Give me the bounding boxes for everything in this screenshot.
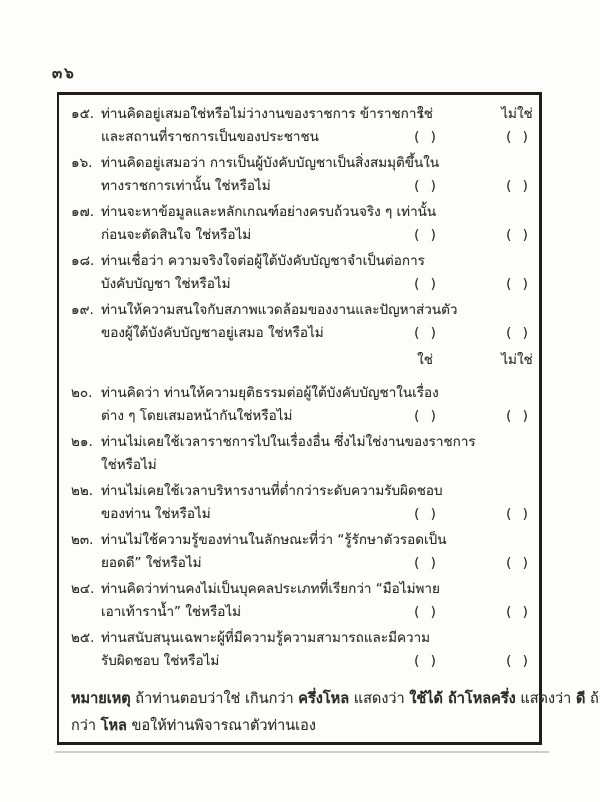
question-text-line1: ท่านเชื่อว่า ความจริงใจต่อผู้ใต้บังคับบั…	[101, 253, 425, 269]
footnote-segment: โหล	[101, 718, 127, 734]
question-line: ๑๖.ท่านคิดอยู่เสมอว่า การเป็นผู้บังคับบั…	[71, 152, 539, 175]
question-number: ๒๓.	[71, 529, 101, 552]
question-text-line2: ก่อนจะตัดสินใจ ใช่หรือไม่	[101, 227, 251, 243]
footnote-line2: กว่า โหล ขอให้ท่านพิจารณาตัวท่านเอง	[71, 713, 531, 740]
question-line: ของผู้ใต้บังคับบัญชาอยู่เสมอ ใช่หรือไม่ …	[71, 322, 539, 345]
question-text-line2: ยอดดี” ใช่หรือไม่	[101, 555, 202, 571]
yes-answer-slot[interactable]: ( )	[399, 650, 451, 673]
question-line: ๑๘.ท่านเชื่อว่า ความจริงใจต่อผู้ใต้บังคั…	[71, 250, 539, 273]
question-line: ทางราชการเท่านั้น ใช่หรือไม่ ( ) ( )	[71, 175, 539, 198]
yes-answer-slot[interactable]: ( )	[399, 126, 451, 149]
question-line: ๒๕.ท่านสนับสนุนเฉพาะผู้ที่มีความรู้ความส…	[71, 627, 539, 650]
question-number: ๒๐.	[71, 382, 101, 405]
footnote-segment: หมายเหตุ	[71, 691, 131, 707]
question-text-line1: ท่านคิดว่า ท่านให้ความยุติธรรมต่อผู้ใต้บ…	[101, 385, 439, 401]
question-text-line1: ท่านจะหาข้อมูลและหลักเกณฑ์อย่างครบถ้วนจร…	[101, 204, 436, 220]
question-line: ๑๗.ท่านจะหาข้อมูลและหลักเกณฑ์อย่างครบถ้ว…	[71, 201, 539, 224]
yes-answer-slot[interactable]: ( )	[399, 503, 451, 526]
no-answer-slot[interactable]: ( )	[491, 175, 543, 198]
page-number: ๓๖	[52, 61, 76, 85]
question-text-line1: ท่านคิดอยู่เสมอว่า การเป็นผู้บังคับบัญชา…	[101, 155, 439, 171]
footnote-line1: หมายเหตุ ถ้าท่านตอบว่าใช่ เกินกว่า ครึ่ง…	[71, 686, 531, 713]
question-text-line1: ท่านไม่เคยใช้เวลาราชการไปในเรื่องอื่น ซึ…	[101, 434, 476, 450]
question-text-line2: ต่าง ๆ โดยเสมอหน้ากันใช่หรือไม่	[101, 408, 292, 424]
yes-answer-slot[interactable]: ( )	[399, 405, 451, 428]
question-number: ๒๑.	[71, 431, 101, 454]
no-column-header: ไม่ใช่	[491, 349, 543, 372]
question-text-line2: และสถานที่ราชการเป็นของประชาชน	[101, 129, 319, 145]
question-item-20: ๒๐.ท่านคิดว่า ท่านให้ความยุติธรรมต่อผู้ใ…	[71, 382, 539, 428]
no-answer-slot[interactable]: ( )	[491, 552, 543, 575]
footnote-segment: ครึ่งโหล	[298, 691, 349, 707]
scanned-questionnaire-page: { "page_number": "๓๖", "columns": { "yes…	[0, 0, 600, 802]
yes-answer-slot[interactable]: ( )	[399, 322, 451, 345]
question-item-22: ๒๒.ท่านไม่เคยใช้เวลาบริหารงานที่ต่ำกว่าร…	[71, 480, 539, 526]
question-line: และสถานที่ราชการเป็นของประชาชน ( ) ( )	[71, 126, 539, 149]
question-line: ๑๙.ท่านให้ความสนใจกับสภาพแวดล้อมของงานแล…	[71, 299, 539, 322]
no-answer-slot[interactable]: ( )	[491, 601, 543, 624]
question-item-23: ๒๓.ท่านไม่ใช้ความรู้ของท่านในลักษณะที่ว่…	[71, 529, 539, 575]
question-text-line2: ของผู้ใต้บังคับบัญชาอยู่เสมอ ใช่หรือไม่	[101, 325, 324, 341]
question-line: ๒๑.ท่านไม่เคยใช้เวลาราชการไปในเรื่องอื่น…	[71, 431, 539, 454]
footnote-segment: ขอให้ท่านพิจารณาตัวท่านเอง	[127, 718, 316, 734]
yes-answer-slot[interactable]: ( )	[399, 552, 451, 575]
question-line: รับผิดชอบ ใช่หรือไม่ ( ) ( )	[71, 650, 539, 673]
question-number: ๑๖.	[71, 152, 101, 175]
footnote-segment: แสดงว่า	[349, 691, 409, 707]
footnote-segment: ถ้าต่ำ	[585, 691, 600, 707]
yes-answer-slot[interactable]: ( )	[399, 224, 451, 247]
footnote-segment: ดี	[576, 691, 585, 707]
footnote-segment: ถ้าโหลครึ่ง	[443, 691, 516, 707]
no-answer-slot[interactable]: ( )	[491, 322, 543, 345]
question-line: ต่าง ๆ โดยเสมอหน้ากันใช่หรือไม่ ( ) ( )	[71, 405, 539, 428]
question-number: ๒๔.	[71, 578, 101, 601]
footnote-segment: กว่า	[71, 718, 101, 734]
question-item-16: ๑๖.ท่านคิดอยู่เสมอว่า การเป็นผู้บังคับบั…	[71, 152, 539, 198]
question-line: ๑๕.ท่านคิดอยู่เสมอใช่หรือไม่ว่างานของราช…	[71, 103, 539, 126]
yes-answer-slot[interactable]: ( )	[399, 175, 451, 198]
question-text-line1: ท่านคิดว่าท่านคงไม่เป็นบุคคลประเภทที่เรี…	[101, 581, 440, 597]
footnote-segment: ถ้าท่านตอบว่าใช่ เกินกว่า	[131, 691, 299, 707]
scan-shadow-line	[55, 751, 549, 753]
no-column-header: ไม่ใช่	[491, 103, 543, 126]
question-text-line2: ของท่าน ใช่หรือไม่	[101, 506, 211, 522]
no-answer-slot[interactable]: ( )	[491, 503, 543, 526]
question-line: เอาเท้าราน้ำ” ใช่หรือไม่ ( ) ( )	[71, 601, 539, 624]
question-item-15: ๑๕.ท่านคิดอยู่เสมอใช่หรือไม่ว่างานของราช…	[71, 103, 539, 149]
questionnaire-content: ๑๕.ท่านคิดอยู่เสมอใช่หรือไม่ว่างานของราช…	[59, 95, 539, 740]
question-number: ๑๕.	[71, 103, 101, 126]
question-number: ๒๒.	[71, 480, 101, 503]
question-item-25: ๒๕.ท่านสนับสนุนเฉพาะผู้ที่มีความรู้ความส…	[71, 627, 539, 673]
question-text-line1: ท่านไม่เคยใช้เวลาบริหารงานที่ต่ำกว่าระดั…	[101, 483, 443, 499]
no-answer-slot[interactable]: ( )	[491, 405, 543, 428]
question-number: ๑๗.	[71, 201, 101, 224]
question-item-21: ๒๑.ท่านไม่เคยใช้เวลาราชการไปในเรื่องอื่น…	[71, 431, 539, 477]
yes-column-header: ใช่	[399, 103, 451, 126]
questionnaire-box: ๑๕.ท่านคิดอยู่เสมอใช่หรือไม่ว่างานของราช…	[57, 92, 542, 745]
question-number: ๑๙.	[71, 299, 101, 322]
footnote-segment: ใช้ได้	[409, 691, 443, 707]
question-item-24: ๒๔.ท่านคิดว่าท่านคงไม่เป็นบุคคลประเภทที่…	[71, 578, 539, 624]
question-text-line1: ท่านให้ความสนใจกับสภาพแวดล้อมของงานและปั…	[101, 302, 457, 318]
question-text-line2: บังคับบัญชา ใช่หรือไม่	[101, 276, 231, 292]
no-answer-slot[interactable]: ( )	[491, 224, 543, 247]
question-item-19: ๑๙.ท่านให้ความสนใจกับสภาพแวดล้อมของงานแล…	[71, 299, 539, 345]
no-answer-slot[interactable]: ( )	[491, 273, 543, 296]
question-text-line1: ท่านสนับสนุนเฉพาะผู้ที่มีความรู้ความสามา…	[101, 630, 430, 646]
question-line: บังคับบัญชา ใช่หรือไม่ ( ) ( )	[71, 273, 539, 296]
yes-column-header: ใช่	[399, 349, 451, 372]
question-line: ใช่หรือไม่	[71, 454, 539, 477]
yes-answer-slot[interactable]: ( )	[399, 273, 451, 296]
question-text-line2: ทางราชการเท่านั้น ใช่หรือไม่	[101, 178, 271, 194]
question-line: ของท่าน ใช่หรือไม่ ( ) ( )	[71, 503, 539, 526]
footnote: หมายเหตุ ถ้าท่านตอบว่าใช่ เกินกว่า ครึ่ง…	[71, 686, 539, 740]
question-item-17: ๑๗.ท่านจะหาข้อมูลและหลักเกณฑ์อย่างครบถ้ว…	[71, 201, 539, 247]
yes-answer-slot[interactable]: ( )	[399, 601, 451, 624]
question-line: ๒๒.ท่านไม่เคยใช้เวลาบริหารงานที่ต่ำกว่าร…	[71, 480, 539, 503]
question-text-line2: ใช่หรือไม่	[101, 457, 157, 473]
question-text-line1: ท่านคิดอยู่เสมอใช่หรือไม่ว่างานของราชการ…	[101, 106, 424, 122]
footnote-segment: แสดงว่า	[516, 691, 576, 707]
question-text-line2: รับผิดชอบ ใช่หรือไม่	[101, 653, 219, 669]
question-text-line2: เอาเท้าราน้ำ” ใช่หรือไม่	[101, 604, 241, 620]
question-line: ก่อนจะตัดสินใจ ใช่หรือไม่ ( ) ( )	[71, 224, 539, 247]
yes-no-header-repeat: ใช่ ไม่ใช่	[71, 349, 539, 372]
question-line: ๒๐.ท่านคิดว่า ท่านให้ความยุติธรรมต่อผู้ใ…	[71, 382, 539, 405]
no-answer-slot[interactable]: ( )	[491, 650, 543, 673]
question-line: ๒๔.ท่านคิดว่าท่านคงไม่เป็นบุคคลประเภทที่…	[71, 578, 539, 601]
question-line: ๒๓.ท่านไม่ใช้ความรู้ของท่านในลักษณะที่ว่…	[71, 529, 539, 552]
no-answer-slot[interactable]: ( )	[491, 126, 543, 149]
question-text-line1: ท่านไม่ใช้ความรู้ของท่านในลักษณะที่ว่า “…	[101, 532, 446, 548]
question-item-18: ๑๘.ท่านเชื่อว่า ความจริงใจต่อผู้ใต้บังคั…	[71, 250, 539, 296]
question-line: ยอดดี” ใช่หรือไม่ ( ) ( )	[71, 552, 539, 575]
question-number: ๒๕.	[71, 627, 101, 650]
question-number: ๑๘.	[71, 250, 101, 273]
